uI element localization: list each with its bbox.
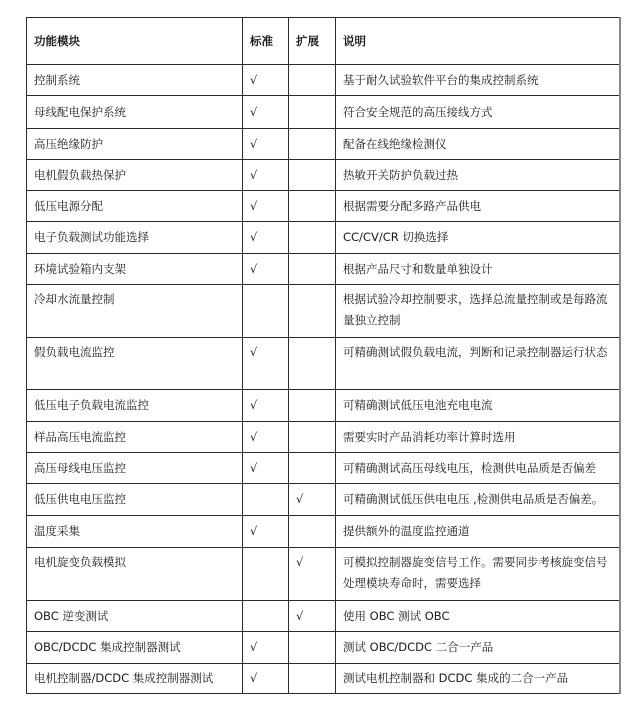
cell-module: 低压供电电压监控 bbox=[27, 484, 243, 516]
cell-extension-check bbox=[289, 338, 336, 390]
table-row: 控制系统√基于耐久试验软件平台的集成控制系统 bbox=[27, 65, 620, 96]
header-standard: 标准 bbox=[243, 18, 289, 65]
cell-module: 高压母线电压监控 bbox=[27, 453, 243, 484]
table-row: 高压绝缘防护√配备在线绝缘检测仪 bbox=[27, 129, 620, 160]
cell-standard-check: √ bbox=[243, 632, 289, 664]
cell-standard-check: √ bbox=[243, 338, 289, 390]
cell-extension-check bbox=[289, 664, 336, 694]
cell-module: 冷却水流量控制 bbox=[27, 285, 243, 338]
cell-extension-check bbox=[289, 453, 336, 484]
cell-extension-check bbox=[289, 254, 336, 285]
cell-extension-check: √ bbox=[289, 484, 336, 516]
table-row: OBC/DCDC 集成控制器测试√测试 OBC/DCDC 二合一产品 bbox=[27, 632, 620, 664]
cell-module: 假负载电流监控 bbox=[27, 338, 243, 390]
cell-extension-check bbox=[289, 65, 336, 96]
table-row: 样品高压电流监控√需要实时产品消耗功率计算时选用 bbox=[27, 422, 620, 453]
table-row: 温度采集√提供额外的温度监控通道 bbox=[27, 516, 620, 548]
cell-standard-check: √ bbox=[243, 254, 289, 285]
cell-description: 测试电机控制器和 DCDC 集成的二合一产品 bbox=[336, 664, 620, 694]
cell-extension-check bbox=[289, 632, 336, 664]
cell-standard-check: √ bbox=[243, 160, 289, 191]
cell-standard-check: √ bbox=[243, 129, 289, 160]
cell-standard-check: √ bbox=[243, 65, 289, 96]
cell-standard-check bbox=[243, 548, 289, 601]
table-row: OBC 逆变测试√使用 OBC 测试 OBC bbox=[27, 601, 620, 632]
cell-module: 电子负载测试功能选择 bbox=[27, 222, 243, 254]
table-row: 母线配电保护系统√符合安全规范的高压接线方式 bbox=[27, 96, 620, 129]
cell-standard-check: √ bbox=[243, 96, 289, 129]
table-row: 电机旋变负载模拟√可模拟控制器旋变信号工作。需要同步考核旋变信号处理模块寿命时，… bbox=[27, 548, 620, 601]
table-row: 电机控制器/DCDC 集成控制器测试√测试电机控制器和 DCDC 集成的二合一产… bbox=[27, 664, 620, 694]
cell-description: 可精确测试高压母线电压，检测供电品质是否偏差 bbox=[336, 453, 620, 484]
cell-module: OBC/DCDC 集成控制器测试 bbox=[27, 632, 243, 664]
feature-module-table: 功能模块 标准 扩展 说明 控制系统√基于耐久试验软件平台的集成控制系统母线配电… bbox=[26, 17, 621, 694]
cell-standard-check: √ bbox=[243, 191, 289, 222]
cell-description: 可精确测试低压供电电压 ,检测供电品质是否偏差。 bbox=[336, 484, 620, 516]
cell-extension-check bbox=[289, 390, 336, 422]
header-module: 功能模块 bbox=[27, 18, 243, 65]
cell-standard-check: √ bbox=[243, 516, 289, 548]
cell-description: 提供额外的温度监控通道 bbox=[336, 516, 620, 548]
cell-description: 测试 OBC/DCDC 二合一产品 bbox=[336, 632, 620, 664]
header-description: 说明 bbox=[336, 18, 620, 65]
cell-extension-check bbox=[289, 285, 336, 338]
cell-module: 控制系统 bbox=[27, 65, 243, 96]
header-extension: 扩展 bbox=[289, 18, 336, 65]
cell-extension-check bbox=[289, 96, 336, 129]
table-header-row: 功能模块 标准 扩展 说明 bbox=[27, 18, 620, 65]
cell-standard-check bbox=[243, 285, 289, 338]
cell-description: 可模拟控制器旋变信号工作。需要同步考核旋变信号处理模块寿命时，需要选择 bbox=[336, 548, 620, 601]
cell-extension-check: √ bbox=[289, 548, 336, 601]
cell-description: 需要实时产品消耗功率计算时选用 bbox=[336, 422, 620, 453]
cell-extension-check: √ bbox=[289, 601, 336, 632]
cell-description: 热敏开关防护负载过热 bbox=[336, 160, 620, 191]
table-body: 控制系统√基于耐久试验软件平台的集成控制系统母线配电保护系统√符合安全规范的高压… bbox=[27, 65, 620, 694]
cell-extension-check bbox=[289, 516, 336, 548]
cell-module: OBC 逆变测试 bbox=[27, 601, 243, 632]
cell-standard-check bbox=[243, 484, 289, 516]
cell-description: 配备在线绝缘检测仪 bbox=[336, 129, 620, 160]
cell-description: 根据试验冷却控制要求，选择总流量控制或是每路流量独立控制 bbox=[336, 285, 620, 338]
table-row: 电机假负载热保护√热敏开关防护负载过热 bbox=[27, 160, 620, 191]
cell-extension-check bbox=[289, 222, 336, 254]
cell-module: 低压电子负载电流监控 bbox=[27, 390, 243, 422]
cell-standard-check: √ bbox=[243, 453, 289, 484]
cell-description: CC/CV/CR 切换选择 bbox=[336, 222, 620, 254]
cell-module: 电机控制器/DCDC 集成控制器测试 bbox=[27, 664, 243, 694]
cell-module: 电机假负载热保护 bbox=[27, 160, 243, 191]
cell-standard-check: √ bbox=[243, 664, 289, 694]
cell-module: 高压绝缘防护 bbox=[27, 129, 243, 160]
cell-standard-check bbox=[243, 601, 289, 632]
cell-module: 温度采集 bbox=[27, 516, 243, 548]
cell-module: 样品高压电流监控 bbox=[27, 422, 243, 453]
table-row: 假负载电流监控√可精确测试假负载电流，判断和记录控制器运行状态 bbox=[27, 338, 620, 390]
cell-extension-check bbox=[289, 160, 336, 191]
cell-description: 基于耐久试验软件平台的集成控制系统 bbox=[336, 65, 620, 96]
table-row: 冷却水流量控制根据试验冷却控制要求，选择总流量控制或是每路流量独立控制 bbox=[27, 285, 620, 338]
cell-extension-check bbox=[289, 422, 336, 453]
cell-description: 使用 OBC 测试 OBC bbox=[336, 601, 620, 632]
cell-extension-check bbox=[289, 129, 336, 160]
table-row: 环境试验箱内支架√根据产品尺寸和数量单独设计 bbox=[27, 254, 620, 285]
cell-standard-check: √ bbox=[243, 222, 289, 254]
cell-module: 母线配电保护系统 bbox=[27, 96, 243, 129]
cell-extension-check bbox=[289, 191, 336, 222]
cell-standard-check: √ bbox=[243, 422, 289, 453]
cell-module: 低压电源分配 bbox=[27, 191, 243, 222]
table-row: 电子负载测试功能选择√CC/CV/CR 切换选择 bbox=[27, 222, 620, 254]
cell-description: 根据产品尺寸和数量单独设计 bbox=[336, 254, 620, 285]
table-row: 高压母线电压监控√可精确测试高压母线电压，检测供电品质是否偏差 bbox=[27, 453, 620, 484]
table-row: 低压电源分配√根据需要分配多路产品供电 bbox=[27, 191, 620, 222]
cell-description: 根据需要分配多路产品供电 bbox=[336, 191, 620, 222]
cell-description: 符合安全规范的高压接线方式 bbox=[336, 96, 620, 129]
cell-module: 电机旋变负载模拟 bbox=[27, 548, 243, 601]
cell-description: 可精确测试低压电池充电电流 bbox=[336, 390, 620, 422]
cell-description: 可精确测试假负载电流，判断和记录控制器运行状态 bbox=[336, 338, 620, 390]
cell-module: 环境试验箱内支架 bbox=[27, 254, 243, 285]
cell-standard-check: √ bbox=[243, 390, 289, 422]
table-row: 低压供电电压监控√可精确测试低压供电电压 ,检测供电品质是否偏差。 bbox=[27, 484, 620, 516]
table-row: 低压电子负载电流监控√可精确测试低压电池充电电流 bbox=[27, 390, 620, 422]
